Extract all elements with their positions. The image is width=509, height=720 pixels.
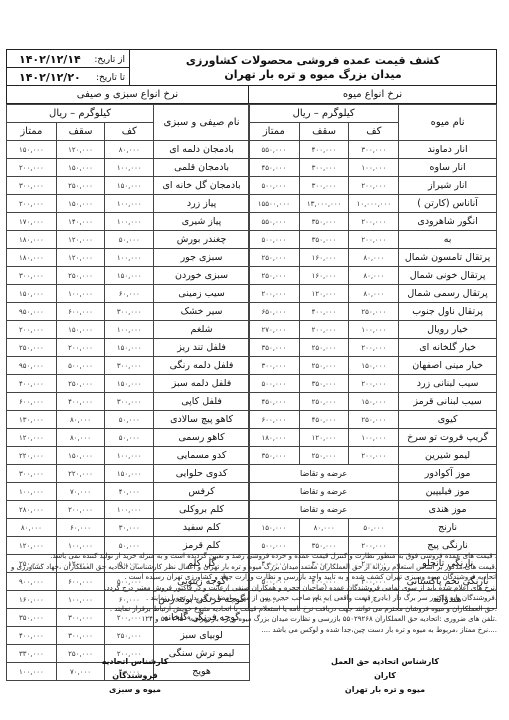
fruit-row: نارنج۵۰,۰۰۰۸۰,۰۰۰۱۵۰,۰۰۰ xyxy=(249,519,497,537)
supply-demand-note: عرضه و تقاضا xyxy=(249,483,399,501)
veg-row: سبزی خوردن۱۵۰,۰۰۰۲۵۰,۰۰۰۳۰۰,۰۰۰ xyxy=(7,267,250,285)
footnote: . قیمت های عمده فروشی فوق به منظور نظارت… xyxy=(6,551,497,562)
item-name: موز هندی xyxy=(399,501,497,519)
premium-price: ۵۰۰,۰۰۰ xyxy=(249,177,300,195)
item-name: سیب زمینی xyxy=(154,285,250,303)
min-price: ۸۰,۰۰۰ xyxy=(349,285,399,303)
max-price: ۲۵۰,۰۰۰ xyxy=(299,393,349,411)
max-price: ۳۵۰,۰۰۰ xyxy=(299,375,349,393)
fruit-row: سیب لبنانی قرمز۱۵۰,۰۰۰۲۵۰,۰۰۰۴۵۰,۰۰۰ xyxy=(249,393,497,411)
max-price: ۱۲۰,۰۰۰ xyxy=(56,141,105,159)
fruit-row: انار دماوند۳۰۰,۰۰۰۴۰۰,۰۰۰۵۵۰,۰۰۰ xyxy=(249,141,497,159)
premium-price: ۳۵۰,۰۰۰ xyxy=(249,339,300,357)
fruit-price-table: نام میوه کیلوگرم – ریال کف سقف ممتاز انا… xyxy=(248,104,497,609)
premium-price: ۱۷۰,۰۰۰ xyxy=(7,213,57,231)
premium-price: ۵۵۰,۰۰۰ xyxy=(249,213,300,231)
from-date-cell: از تاریخ: ۱۴۰۲/۱۲/۱۴ xyxy=(7,50,130,68)
premium-price: ۱۲۰,۰۰۰ xyxy=(7,429,57,447)
item-name: به xyxy=(399,231,497,249)
item-name: گریپ فروت تو سرخ xyxy=(399,429,497,447)
fruit-row: خیار گلخانه ای۲۰۰,۰۰۰۲۵۰,۰۰۰۳۵۰,۰۰۰ xyxy=(249,339,497,357)
max-price: ۲۵۰,۰۰۰ xyxy=(299,357,349,375)
min-price: ۱۰۰,۰۰۰ xyxy=(105,501,154,519)
to-date-cell: تا تاریخ: ۱۴۰۲/۱۲/۲۰ xyxy=(7,68,130,86)
min-price: ۱۵۰,۰۰۰ xyxy=(105,465,154,483)
veg-unit-header: کیلوگرم – ریال xyxy=(7,105,154,123)
premium-price: ۵۰۰,۰۰۰ xyxy=(249,231,300,249)
veg-row: بادمجان قلمی۱۰۰,۰۰۰۱۵۰,۰۰۰۲۰۰,۰۰۰ xyxy=(7,159,250,177)
veg-section-title: نرخ انواع سبزی و صیفی xyxy=(7,86,249,104)
max-price: ۸۰,۰۰۰ xyxy=(56,429,105,447)
item-name: فلفل دلمه رنگی xyxy=(154,357,250,375)
item-name: کاهو رسمی xyxy=(154,429,250,447)
min-price: ۱۰۰,۰۰۰ xyxy=(349,321,399,339)
premium-price: ۱۸۰,۰۰۰ xyxy=(7,231,57,249)
premium-price: ۲۲۰,۰۰۰ xyxy=(7,447,57,465)
max-price: ۵۰۰,۰۰۰ xyxy=(56,357,105,375)
fruit-row: گریپ فروت تو سرخ۱۰۰,۰۰۰۱۲۰,۰۰۰۱۸۰,۰۰۰ xyxy=(249,429,497,447)
min-price: ۳۰۰,۰۰۰ xyxy=(105,303,154,321)
min-price: ۵۰,۰۰۰ xyxy=(105,411,154,429)
signature-commission-agents: کارشناس اتحادیه حق العمل کاران میوه و تر… xyxy=(330,655,440,697)
min-price: ۱۰۰,۰۰۰ xyxy=(349,159,399,177)
max-price: ۱۲۰,۰۰۰ xyxy=(56,249,105,267)
veg-row: کلم سفید۳۰,۰۰۰۶۰,۰۰۰۸۰,۰۰۰ xyxy=(7,519,250,537)
supply-demand-note: عرضه و تقاضا xyxy=(249,465,399,483)
max-price: ۱۲۰,۰۰۰ xyxy=(56,231,105,249)
max-price: ۲۰۰,۰۰۰ xyxy=(299,321,349,339)
premium-price: ۵۰۰,۰۰۰ xyxy=(249,375,300,393)
premium-price: ۲۵۰,۰۰۰ xyxy=(249,249,300,267)
veg-row: سیر خشک۳۰۰,۰۰۰۶۰۰,۰۰۰۹۵۰,۰۰۰ xyxy=(7,303,250,321)
min-price: ۱۰۰,۰۰۰ xyxy=(105,321,154,339)
min-price: ۴۰,۰۰۰ xyxy=(105,483,154,501)
item-name: نارنج xyxy=(399,519,497,537)
premium-price: ۲۰۰,۰۰۰ xyxy=(7,195,57,213)
max-price: ۸۰,۰۰۰ xyxy=(56,411,105,429)
max-price: ۱۵۰,۰۰۰ xyxy=(56,159,105,177)
footnote: .نرخ های اعلام شده باید از سوی تمامی فرو… xyxy=(6,583,497,594)
item-name: پیاز شیری xyxy=(154,213,250,231)
min-price: ۱۰۰,۰۰۰ xyxy=(105,195,154,213)
max-price: ۱۲۰,۰۰۰ xyxy=(299,429,349,447)
premium-price: ۲۷۰,۰۰۰ xyxy=(249,321,300,339)
max-price: ۲۰۰,۰۰۰ xyxy=(56,339,105,357)
item-name: خیار رویال xyxy=(399,321,497,339)
max-price: ۴۰۰,۰۰۰ xyxy=(299,303,349,321)
premium-price: ۲۰۰,۰۰۰ xyxy=(249,285,300,303)
min-price: ۸۰,۰۰۰ xyxy=(105,141,154,159)
min-price: ۱۰۰,۰۰۰ xyxy=(105,249,154,267)
premium-price: ۴۰۰,۰۰۰ xyxy=(7,375,57,393)
signature-right-line-2: میوه و تره بار تهران xyxy=(330,683,440,697)
item-name: پرتقال تامسون شمال xyxy=(399,249,497,267)
premium-price: ۹۵۰,۰۰۰ xyxy=(7,303,57,321)
from-date-label: از تاریخ: xyxy=(94,55,125,65)
min-price: ۱۵۰,۰۰۰ xyxy=(349,357,399,375)
fruit-row: لیمو شیرین۲۰۰,۰۰۰۲۵۰,۰۰۰۳۵۰,۰۰۰ xyxy=(249,447,497,465)
item-name: سیب لبنانی زرد xyxy=(399,375,497,393)
veg-row: کرفس۴۰,۰۰۰۷۰,۰۰۰۱۰۰,۰۰۰ xyxy=(7,483,250,501)
premium-price: ۱۸۰,۰۰۰ xyxy=(7,249,57,267)
item-name: کلم سفید xyxy=(154,519,250,537)
min-price: ۱۵۰,۰۰۰ xyxy=(105,375,154,393)
premium-price: ۴۵۰,۰۰۰ xyxy=(249,159,300,177)
premium-price: ۲۸۰,۰۰۰ xyxy=(7,501,57,519)
veg-row: فلفل دلمه سبز۱۵۰,۰۰۰۲۵۰,۰۰۰۴۰۰,۰۰۰ xyxy=(7,375,250,393)
fruit-row: موز فیلیپینعرضه و تقاضا xyxy=(249,483,497,501)
item-name: انار دماوند xyxy=(399,141,497,159)
premium-price: ۱۵۰,۰۰۰ xyxy=(7,285,57,303)
premium-price: ۱۵۵۰۰,۰۰۰ xyxy=(249,195,300,213)
max-price: ۱۴۰,۰۰۰ xyxy=(56,213,105,231)
document-title: کشف قیمت عمده فروشی محصولات کشاورزی میدا… xyxy=(130,50,497,86)
footnote: .حق العملکاران و میوه فروشان محترم می تو… xyxy=(6,604,497,615)
item-name: خیار گلخانه ای xyxy=(399,339,497,357)
item-name: انار شیراز xyxy=(399,177,497,195)
min-price: ۲۰۰,۰۰۰ xyxy=(349,339,399,357)
max-price: ۲۵۰,۰۰۰ xyxy=(299,447,349,465)
max-price: ۳۵۰,۰۰۰ xyxy=(299,213,349,231)
min-price: ۵۰,۰۰۰ xyxy=(105,231,154,249)
max-price: ۲۲۰,۰۰۰ xyxy=(56,465,105,483)
max-price: ۲۵۰,۰۰۰ xyxy=(56,375,105,393)
min-price: ۲۰۰,۰۰۰ xyxy=(349,375,399,393)
min-price: ۲۰۰,۰۰۰ xyxy=(349,177,399,195)
max-price: ۲۵۰,۰۰۰ xyxy=(56,267,105,285)
title-line-2: میدان بزرگ میوه و تره بار تهران xyxy=(130,68,496,82)
fruit-row: خیار رویال۱۰۰,۰۰۰۲۰۰,۰۰۰۲۷۰,۰۰۰ xyxy=(249,321,497,339)
item-name: کرفس xyxy=(154,483,250,501)
fruit-row: موز هندیعرضه و تقاضا xyxy=(249,501,497,519)
max-price: ۲۰۰,۰۰۰ xyxy=(56,501,105,519)
item-name: خیار مینی اصفهان xyxy=(399,357,497,375)
item-name: سبزی خوردن xyxy=(154,267,250,285)
max-price: ۶۰,۰۰۰ xyxy=(56,519,105,537)
premium-price: ۱۸۰,۰۰۰ xyxy=(249,429,300,447)
max-price: ۳۰۰,۰۰۰ xyxy=(299,177,349,195)
footnote: .فروشندگان باید فاکتور سر برگ دار (بادرج… xyxy=(6,593,497,604)
veg-row: کاهو پیچ سالادی۵۰,۰۰۰۸۰,۰۰۰۱۳۰,۰۰۰ xyxy=(7,411,250,429)
veg-row: بادمجان گل خانه ای۱۵۰,۰۰۰۲۵۰,۰۰۰۳۰۰,۰۰۰ xyxy=(7,177,250,195)
veg-row: چغندر بورش۵۰,۰۰۰۱۲۰,۰۰۰۱۸۰,۰۰۰ xyxy=(7,231,250,249)
veg-row: فلفل دلمه رنگی۳۰۰,۰۰۰۵۰۰,۰۰۰۹۵۰,۰۰۰ xyxy=(7,357,250,375)
max-price: ۱۶۰,۰۰۰ xyxy=(299,267,349,285)
to-date-label: تا تاریخ: xyxy=(96,73,125,83)
max-price: ۲۵۰,۰۰۰ xyxy=(56,177,105,195)
max-price: ۱۵۰,۰۰۰ xyxy=(56,195,105,213)
header-table: از تاریخ: ۱۴۰۲/۱۲/۱۴ کشف قیمت عمده فروشی… xyxy=(6,49,497,104)
max-price: ۲۵۰,۰۰۰ xyxy=(299,339,349,357)
item-name: کدوی حلوایی xyxy=(154,465,250,483)
item-name: فلفل دلمه سبز xyxy=(154,375,250,393)
signature-left-line-1: کارشناس اتحادیه فروشندگان xyxy=(85,655,185,683)
veg-row: سیب زمینی۶۰,۰۰۰۱۰۰,۰۰۰۱۵۰,۰۰۰ xyxy=(7,285,250,303)
min-price: ۸۰,۰۰۰ xyxy=(349,249,399,267)
veg-max-header: سقف xyxy=(56,123,105,141)
item-name: سیر خشک xyxy=(154,303,250,321)
premium-price: ۱۰۰,۰۰۰ xyxy=(7,663,57,681)
footnotes: . قیمت های عمده فروشی فوق به منظور نظارت… xyxy=(6,551,497,635)
premium-price: ۳۰۰,۰۰۰ xyxy=(249,357,300,375)
item-name: موز فیلیپین xyxy=(399,483,497,501)
min-price: ۲۵۰,۰۰۰ xyxy=(349,303,399,321)
veg-row: فلفل تند ریز۱۵۰,۰۰۰۲۰۰,۰۰۰۲۵۰,۰۰۰ xyxy=(7,339,250,357)
min-price: ۲۰۰,۰۰۰ xyxy=(349,447,399,465)
item-name: لیمو شیرین xyxy=(399,447,497,465)
min-price: ۲۰۰,۰۰۰ xyxy=(349,231,399,249)
item-name: آناناس (کارتن ) xyxy=(399,195,497,213)
fruit-row: انگور شاهرودی۲۰۰,۰۰۰۳۵۰,۰۰۰۵۵۰,۰۰۰ xyxy=(249,213,497,231)
fruit-min-header: کف xyxy=(349,123,399,141)
veg-row: کدوی حلوایی۱۵۰,۰۰۰۲۲۰,۰۰۰۳۰۰,۰۰۰ xyxy=(7,465,250,483)
premium-price: ۹۵۰,۰۰۰ xyxy=(7,357,57,375)
item-name: کاهو پیچ سالادی xyxy=(154,411,250,429)
footnote: ....نرخ ممتاز ،مربوط به میوه و تره بار د… xyxy=(6,625,497,636)
min-price: ۲۰۰,۰۰۰ xyxy=(349,213,399,231)
veg-name-header: نام صیفی و سبزی xyxy=(154,105,250,141)
veg-premium-header: ممتاز xyxy=(7,123,57,141)
premium-price: ۶۰۰,۰۰۰ xyxy=(7,393,57,411)
premium-price: ۱۵۰,۰۰۰ xyxy=(249,519,300,537)
premium-price: ۱۰۰,۰۰۰ xyxy=(7,483,57,501)
max-price: ۴۰۰,۰۰۰ xyxy=(299,141,349,159)
item-name: کدو مسمایی xyxy=(154,447,250,465)
premium-price: ۴۵۰,۰۰۰ xyxy=(249,393,300,411)
premium-price: ۶۵۰,۰۰۰ xyxy=(249,303,300,321)
veg-row: شلغم۱۰۰,۰۰۰۱۵۰,۰۰۰۲۰۰,۰۰۰ xyxy=(7,321,250,339)
max-price: ۳۵۰,۰۰۰ xyxy=(299,231,349,249)
min-price: ۱۰۰,۰۰۰ xyxy=(105,159,154,177)
price-grids: نام میوه کیلوگرم – ریال کف سقف ممتاز انا… xyxy=(6,104,497,534)
veg-row: پیاز زرد۱۰۰,۰۰۰۱۵۰,۰۰۰۲۰۰,۰۰۰ xyxy=(7,195,250,213)
item-name: انار ساوه xyxy=(399,159,497,177)
fruit-row: انار ساوه۱۰۰,۰۰۰۳۰۰,۰۰۰۴۵۰,۰۰۰ xyxy=(249,159,497,177)
item-name: سبزی جور xyxy=(154,249,250,267)
premium-price: ۳۵۰,۰۰۰ xyxy=(249,447,300,465)
max-price: ۸۰,۰۰۰ xyxy=(299,519,349,537)
max-price: ۱۳,۰۰۰,۰۰۰ xyxy=(299,195,349,213)
veg-row: کدو مسمایی۱۰۰,۰۰۰۱۵۰,۰۰۰۲۲۰,۰۰۰ xyxy=(7,447,250,465)
premium-price: ۵۵۰,۰۰۰ xyxy=(249,141,300,159)
item-name: موز آکوادور xyxy=(399,465,497,483)
max-price: ۱۵۰,۰۰۰ xyxy=(56,321,105,339)
item-name: سیب لبنانی قرمز xyxy=(399,393,497,411)
item-name: پرتقال خونی شمال xyxy=(399,267,497,285)
item-name: پیاز زرد xyxy=(154,195,250,213)
max-price: ۱۶۰,۰۰۰ xyxy=(299,249,349,267)
max-price: ۷۰,۰۰۰ xyxy=(56,483,105,501)
fruit-row: خیار مینی اصفهان۱۵۰,۰۰۰۲۵۰,۰۰۰۳۰۰,۰۰۰ xyxy=(249,357,497,375)
premium-price: ۱۵۰,۰۰۰ xyxy=(7,141,57,159)
min-price: ۳۰۰,۰۰۰ xyxy=(105,357,154,375)
min-price: ۳۰,۰۰۰ xyxy=(105,519,154,537)
fruit-row: پرتقال خونی شمال۸۰,۰۰۰۱۶۰,۰۰۰۲۵۰,۰۰۰ xyxy=(249,267,497,285)
min-price: ۳۰۰,۰۰۰ xyxy=(105,393,154,411)
signature-sellers-union: کارشناس اتحادیه فروشندگان میوه و سبزی xyxy=(85,655,185,697)
fruit-row: پرتقال رسمی شمال۸۰,۰۰۰۱۲۰,۰۰۰۲۰۰,۰۰۰ xyxy=(249,285,497,303)
item-name: فلفل کاپی xyxy=(154,393,250,411)
min-price: ۱۵۰,۰۰۰ xyxy=(105,339,154,357)
item-name: فلفل تند ریز xyxy=(154,339,250,357)
item-name: کیوی xyxy=(399,411,497,429)
fruit-row: موز آکوادورعرضه و تقاضا xyxy=(249,465,497,483)
fruit-row: آناناس (کارتن )۱۰,۰۰۰,۰۰۰۱۳,۰۰۰,۰۰۰۱۵۵۰۰… xyxy=(249,195,497,213)
signature-left-line-2: میوه و سبزی xyxy=(85,683,185,697)
fruit-max-header: سقف xyxy=(299,123,349,141)
min-price: ۱۰۰,۰۰۰ xyxy=(105,213,154,231)
min-price: ۳۰۰,۰۰۰ xyxy=(349,141,399,159)
fruit-premium-header: ممتاز xyxy=(249,123,300,141)
premium-price: ۲۵۰,۰۰۰ xyxy=(7,339,57,357)
min-price: ۸۰,۰۰۰ xyxy=(349,267,399,285)
from-date-value: ۱۴۰۲/۱۲/۱۴ xyxy=(19,53,81,66)
premium-price: ۶۰۰,۰۰۰ xyxy=(249,411,300,429)
item-name: بادمجان قلمی xyxy=(154,159,250,177)
item-name: چغندر بورش xyxy=(154,231,250,249)
max-price: ۶۰۰,۰۰۰ xyxy=(56,303,105,321)
veg-row: سبزی جور۱۰۰,۰۰۰۱۲۰,۰۰۰۱۸۰,۰۰۰ xyxy=(7,249,250,267)
min-price: ۱۰۰,۰۰۰ xyxy=(105,447,154,465)
item-name: پرتقال ناول جنوب xyxy=(399,303,497,321)
fruit-row: به۲۰۰,۰۰۰۳۵۰,۰۰۰۵۰۰,۰۰۰ xyxy=(249,231,497,249)
max-price: ۱۲۰,۰۰۰ xyxy=(299,285,349,303)
premium-price: ۳۰۰,۰۰۰ xyxy=(7,267,57,285)
veg-min-header: کف xyxy=(105,123,154,141)
item-name: انگور شاهرودی xyxy=(399,213,497,231)
item-name: بادمجان دلمه ای xyxy=(154,141,250,159)
item-name: کلم بروکلی xyxy=(154,501,250,519)
min-price: ۱۵۰,۰۰۰ xyxy=(105,177,154,195)
fruit-section-title: نرخ انواع میوه xyxy=(249,86,497,104)
to-date-value: ۱۴۰۲/۱۲/۲۰ xyxy=(19,71,81,84)
fruit-name-header: نام میوه xyxy=(399,105,497,141)
premium-price: ۸۰,۰۰۰ xyxy=(7,519,57,537)
signature-right-line-1: کارشناس اتحادیه حق العمل کاران xyxy=(330,655,440,683)
price-sheet: از تاریخ: ۱۴۰۲/۱۲/۱۴ کشف قیمت عمده فروشی… xyxy=(6,49,497,534)
min-price: ۱۵۰,۰۰۰ xyxy=(105,267,154,285)
min-price: ۶۰,۰۰۰ xyxy=(105,285,154,303)
max-price: ۴۵۰,۰۰۰ xyxy=(299,411,349,429)
min-price: ۵۰,۰۰۰ xyxy=(105,429,154,447)
max-price: ۱۵۰,۰۰۰ xyxy=(56,447,105,465)
veg-row: کاهو رسمی۵۰,۰۰۰۸۰,۰۰۰۱۲۰,۰۰۰ xyxy=(7,429,250,447)
premium-price: ۳۰۰,۰۰۰ xyxy=(7,465,57,483)
veg-row: کلم بروکلی۱۰۰,۰۰۰۲۰۰,۰۰۰۲۸۰,۰۰۰ xyxy=(7,501,250,519)
fruit-row: انار شیراز۲۰۰,۰۰۰۳۰۰,۰۰۰۵۰۰,۰۰۰ xyxy=(249,177,497,195)
fruit-row: سیب لبنانی زرد۲۰۰,۰۰۰۳۵۰,۰۰۰۵۰۰,۰۰۰ xyxy=(249,375,497,393)
item-name: شلغم xyxy=(154,321,250,339)
footnote: .قیمت های مذکور بر اساس استعلام روزانه ا… xyxy=(6,562,497,583)
premium-price: ۲۵۰,۰۰۰ xyxy=(249,267,300,285)
premium-price: ۱۳۰,۰۰۰ xyxy=(7,411,57,429)
premium-price: ۳۳۰,۰۰۰ xyxy=(7,645,57,663)
veg-row: پیاز شیری۱۰۰,۰۰۰۱۴۰,۰۰۰۱۷۰,۰۰۰ xyxy=(7,213,250,231)
max-price: ۳۰۰,۰۰۰ xyxy=(299,159,349,177)
fruit-row: پرتقال ناول جنوب۲۵۰,۰۰۰۴۰۰,۰۰۰۶۵۰,۰۰۰ xyxy=(249,303,497,321)
min-price: ۵۰,۰۰۰ xyxy=(349,519,399,537)
premium-price: ۲۰۰,۰۰۰ xyxy=(7,159,57,177)
fruit-row: پرتقال تامسون شمال۸۰,۰۰۰۱۶۰,۰۰۰۲۵۰,۰۰۰ xyxy=(249,249,497,267)
premium-price: ۳۰۰,۰۰۰ xyxy=(7,177,57,195)
footnote: .تلفن های ضروری :اتحادیه حق العملکاران ۵… xyxy=(6,614,497,625)
min-price: ۱۰,۰۰۰,۰۰۰ xyxy=(349,195,399,213)
item-name: پرتقال رسمی شمال xyxy=(399,285,497,303)
fruit-row: کیوی۲۵۰,۰۰۰۴۵۰,۰۰۰۶۰۰,۰۰۰ xyxy=(249,411,497,429)
max-price: ۱۰۰,۰۰۰ xyxy=(56,285,105,303)
title-line-1: کشف قیمت عمده فروشی محصولات کشاورزی xyxy=(130,54,496,68)
supply-demand-note: عرضه و تقاضا xyxy=(249,501,399,519)
min-price: ۱۵۰,۰۰۰ xyxy=(349,393,399,411)
premium-price: ۲۰۰,۰۰۰ xyxy=(7,321,57,339)
veg-row: بادمجان دلمه ای۸۰,۰۰۰۱۲۰,۰۰۰۱۵۰,۰۰۰ xyxy=(7,141,250,159)
min-price: ۱۰۰,۰۰۰ xyxy=(349,429,399,447)
max-price: ۴۰۰,۰۰۰ xyxy=(56,393,105,411)
item-name: بادمجان گل خانه ای xyxy=(154,177,250,195)
min-price: ۲۵۰,۰۰۰ xyxy=(349,411,399,429)
veg-row: فلفل کاپی۳۰۰,۰۰۰۴۰۰,۰۰۰۶۰۰,۰۰۰ xyxy=(7,393,250,411)
fruit-unit-header: کیلوگرم – ریال xyxy=(249,105,399,123)
